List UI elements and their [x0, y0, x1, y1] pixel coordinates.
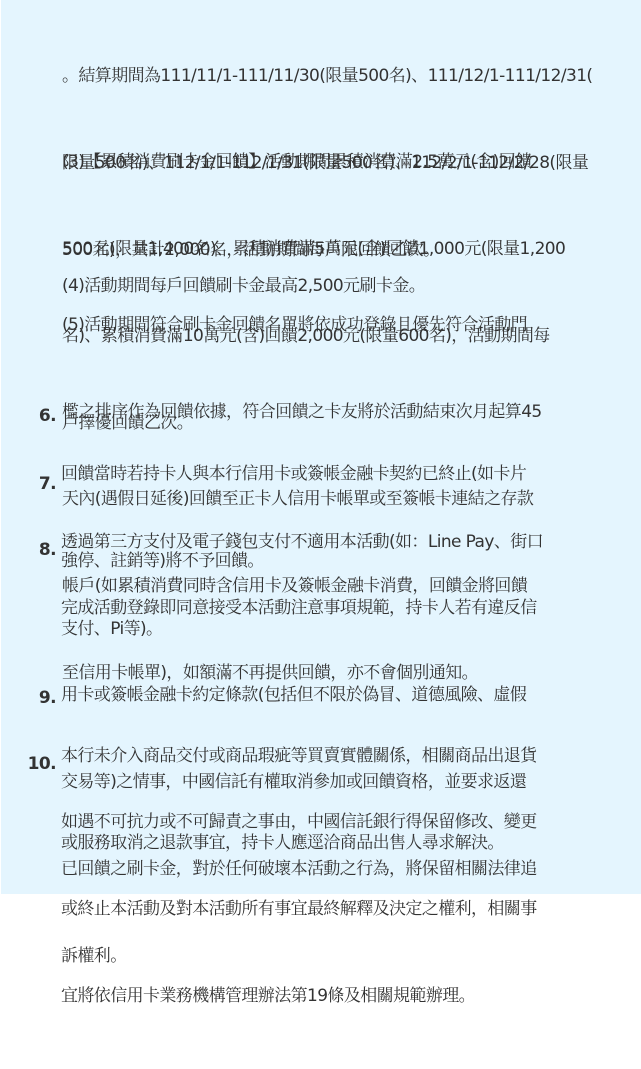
item-number: 7. — [39, 470, 56, 499]
terms-panel: 。結算期間為111/11/1-111/11/30(限量500名)、111/12/… — [1, 0, 641, 894]
item-number: 9. — [39, 684, 56, 713]
item-number: 10. — [28, 750, 56, 779]
text-line: (3)【累積消費刷卡金回饋】活動期間累積消費滿2.5萬元(含)回饋 — [62, 148, 622, 177]
item-number: 6. — [39, 402, 56, 431]
text-line: 如遇不可抗力或不可歸責之事由，中國信託銀行得保留修改、變更 — [61, 808, 623, 837]
text-line: (5)活動期間符合刷卡金回饋名單將依成功登錄且優先符合活動門 — [62, 311, 622, 340]
text-line: 完成活動登錄即同意接受本活動注意事項規範，持卡人若有違反信 — [61, 594, 623, 623]
item-text: 如遇不可抗力或不可歸責之事由，中國信託銀行得保留修改、變更 或終止本活動及對本活… — [61, 750, 623, 894]
item-number: 8. — [39, 536, 56, 565]
text-line: 。結算期間為111/11/1-111/11/30(限量500名)、111/12/… — [62, 62, 622, 91]
